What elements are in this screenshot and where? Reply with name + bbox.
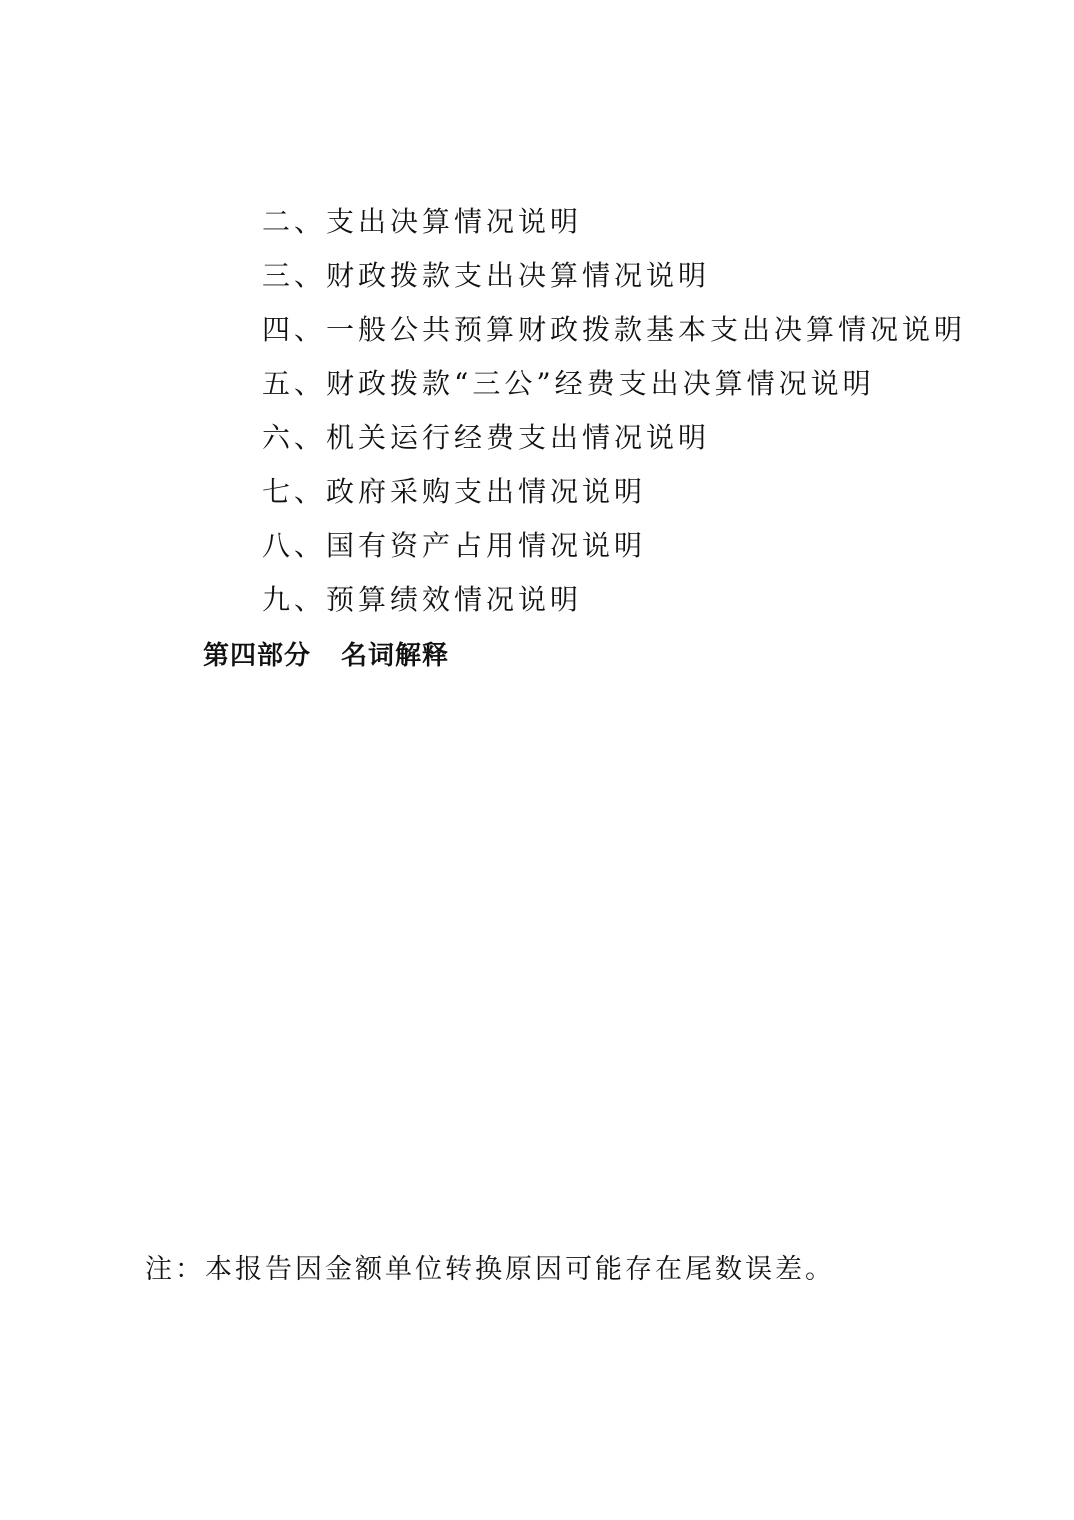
section-part-label: 第四部分 bbox=[203, 641, 311, 671]
toc-item-state-owned-assets: 八、国有资产占用情况说明 bbox=[262, 526, 646, 566]
toc-section-part-four: 第四部分名词解释 bbox=[203, 636, 449, 676]
toc-item-fiscal-appropriation-expenditure: 三、财政拨款支出决算情况说明 bbox=[262, 256, 710, 296]
toc-item-government-procurement: 七、政府采购支出情况说明 bbox=[262, 472, 646, 512]
footnote: 注：本报告因金额单位转换原因可能存在尾数误差。 bbox=[145, 1250, 835, 1290]
toc-item-expenditure: 二、支出决算情况说明 bbox=[262, 202, 582, 242]
toc-item-budget-performance: 九、预算绩效情况说明 bbox=[262, 580, 582, 620]
section-title: 名词解释 bbox=[341, 641, 449, 671]
toc-item-agency-operating-expenses: 六、机关运行经费支出情况说明 bbox=[262, 418, 710, 458]
toc-item-general-public-budget-basic-expenditure: 四、一般公共预算财政拨款基本支出决算情况说明 bbox=[262, 310, 966, 350]
toc-item-three-public-expenses: 五、财政拨款“三公”经费支出决算情况说明 bbox=[262, 364, 875, 404]
